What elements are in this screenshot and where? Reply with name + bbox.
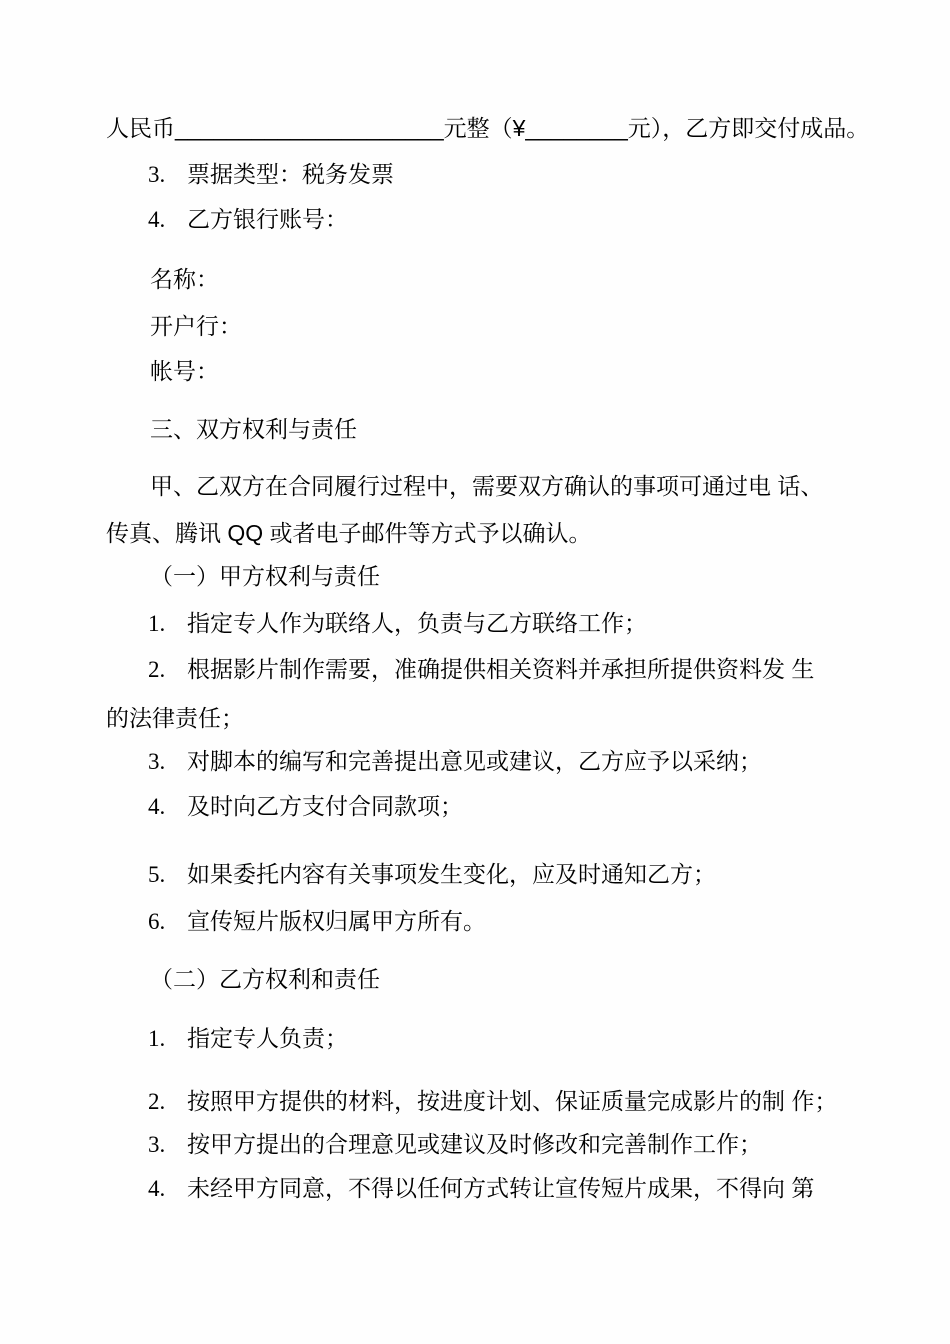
doc-line-text: 乙方银行账号： (187, 206, 348, 232)
list-number: 5. (148, 862, 187, 888)
doc-line-bank-account: 4.乙方银行账号： (148, 206, 348, 233)
doc-line-text: 按甲方提出的合理意见或建议及时修改和完善制作工作； (187, 1131, 762, 1157)
doc-line-b-item-2: 2.按照甲方提供的材料，按进度计划、保证质量完成影片的制 作； (148, 1088, 837, 1115)
doc-line-a-item-4: 4.及时向乙方支付合同款项； (148, 793, 463, 820)
doc-line-text: 对脚本的编写和完善提出意见或建议，乙方应予以采纳； (187, 748, 762, 774)
doc-line-a-item-2: 2.根据影片制作需要，准确提供相关资料并承担所提供资料发 生 (148, 656, 814, 683)
doc-line-a-item-2-cont: 的法律责任； (106, 705, 244, 731)
list-number: 3. (148, 162, 187, 188)
doc-line-text: 宣传短片版权归属甲方所有。 (187, 908, 486, 934)
doc-line-para-confirm-1: 甲、乙双方在合同履行过程中，需要双方确认的事项可通过电 话、 (150, 473, 823, 499)
doc-line-b-item-3: 3.按甲方提出的合理意见或建议及时修改和完善制作工作； (148, 1131, 762, 1158)
doc-heading-party-b: （二）乙方权利和责任 (150, 966, 380, 992)
doc-line-bank-name: 名称： (150, 266, 219, 292)
list-number: 1. (148, 1026, 187, 1052)
doc-line-text: 票据类型：税务发票 (187, 161, 394, 187)
list-number: 4. (148, 794, 187, 820)
doc-heading-section-3: 三、双方权利与责任 (150, 416, 357, 442)
doc-line-invoice-type: 3.票据类型：税务发票 (148, 161, 394, 188)
list-number: 3. (148, 1132, 187, 1158)
list-number: 3. (148, 749, 187, 775)
doc-line-text: 指定专人作为联络人，负责与乙方联络工作； (187, 610, 647, 636)
doc-line-text: 如果委托内容有关事项发生变化，应及时通知乙方； (187, 861, 716, 887)
list-number: 1. (148, 611, 187, 637)
doc-line-b-item-1: 1.指定专人负责； (148, 1025, 348, 1052)
list-number: 4. (148, 1176, 187, 1202)
doc-line-para-confirm-2: 传真、腾讯 QQ 或者电子邮件等方式予以确认。 (106, 520, 592, 546)
doc-line-rmb-amount: 人民币_____________________元整（¥________元），乙… (106, 115, 869, 141)
doc-line-account-number: 帐号： (150, 358, 219, 384)
doc-line-b-item-4: 4.未经甲方同意，不得以任何方式转让宣传短片成果，不得向 第 (148, 1175, 814, 1202)
doc-line-bank-branch: 开户行： (150, 313, 242, 339)
doc-line-text: 未经甲方同意，不得以任何方式转让宣传短片成果，不得向 第 (187, 1175, 814, 1201)
doc-line-a-item-5: 5.如果委托内容有关事项发生变化，应及时通知乙方； (148, 861, 716, 888)
list-number: 6. (148, 909, 187, 935)
doc-line-text: 及时向乙方支付合同款项； (187, 793, 463, 819)
list-number: 4. (148, 207, 187, 233)
doc-line-a-item-6: 6.宣传短片版权归属甲方所有。 (148, 908, 486, 935)
doc-line-text: 根据影片制作需要，准确提供相关资料并承担所提供资料发 生 (187, 656, 814, 682)
doc-line-a-item-1: 1.指定专人作为联络人，负责与乙方联络工作； (148, 610, 647, 637)
doc-heading-party-a: （一）甲方权利与责任 (150, 563, 380, 589)
doc-line-a-item-3: 3.对脚本的编写和完善提出意见或建议，乙方应予以采纳； (148, 748, 762, 775)
list-number: 2. (148, 657, 187, 683)
list-number: 2. (148, 1089, 187, 1115)
contract-document-page: 人民币_____________________元整（¥________元），乙… (0, 0, 950, 1344)
doc-line-text: 按照甲方提供的材料，按进度计划、保证质量完成影片的制 作； (187, 1088, 837, 1114)
doc-line-text: 指定专人负责； (187, 1025, 348, 1051)
